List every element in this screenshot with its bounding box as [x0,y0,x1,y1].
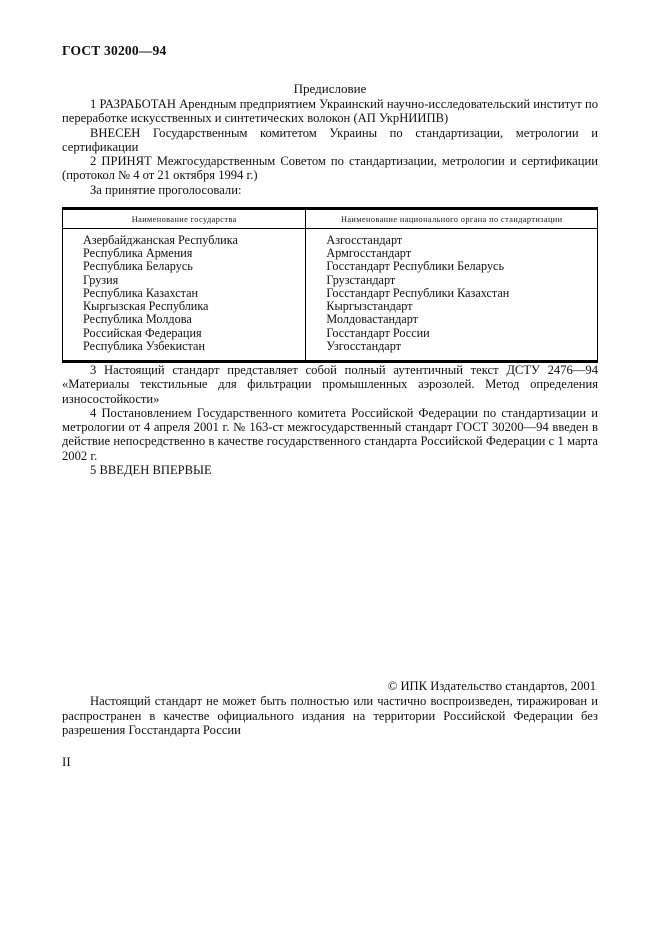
doc-header: ГОСТ 30200—94 [62,43,598,59]
document-page: ГОСТ 30200—94 Предисловие 1 РАЗРАБОТАН А… [0,0,661,936]
table-cell: Молдовастандарт [306,313,598,326]
table-cell: Азгосстандарт [306,229,598,248]
table-cell: Азербайджанская Республика [63,229,306,248]
table-row: Республика УзбекистанУзгосстандарт [63,340,598,362]
page-title: Предисловие [62,81,598,97]
table-row: Республика МолдоваМолдовастандарт [63,313,598,326]
paragraph-4: 4 Постановлением Государственного комите… [62,406,598,463]
table-header-country: Наименование государства [63,209,306,229]
table-cell: Госстандарт Республики Беларусь [306,260,598,273]
paragraph-5: 5 ВВЕДЕН ВПЕРВЫЕ [62,463,598,477]
table-cell: Грузия [63,274,306,287]
table-row: Российская ФедерацияГосстандарт России [63,327,598,340]
vote-intro: За принятие проголосовали: [62,183,598,197]
table-cell: Узгосстандарт [306,340,598,362]
paragraph-vnesen: ВНЕСЕН Государственным комитетом Украины… [62,126,598,155]
table-cell: Республика Молдова [63,313,306,326]
table-row: ГрузияГрузстандарт [63,274,598,287]
table-cell: Российская Федерация [63,327,306,340]
footer-note: Настоящий стандарт не может быть полност… [62,694,598,737]
table-cell: Республика Узбекистан [63,340,306,362]
paragraph-1: 1 РАЗРАБОТАН Арендным предприятием Украи… [62,97,598,126]
vote-table: Наименование государства Наименование на… [62,207,598,363]
page-number: II [62,754,598,770]
table-row: Азербайджанская РеспубликаАзгосстандарт [63,229,598,248]
table-header-org: Наименование национального органа по ста… [306,209,598,229]
table-cell: Республика Беларусь [63,260,306,273]
paragraph-3: 3 Настоящий стандарт представляет собой … [62,363,598,406]
table-cell: Грузстандарт [306,274,598,287]
footer-copyright: © ИПК Издательство стандартов, 2001 [62,679,598,694]
table-cell: Госстандарт России [306,327,598,340]
table-header-row: Наименование государства Наименование на… [63,209,598,229]
table-row: Республика БеларусьГосстандарт Республик… [63,260,598,273]
paragraph-2: 2 ПРИНЯТ Межгосударственным Советом по с… [62,154,598,183]
